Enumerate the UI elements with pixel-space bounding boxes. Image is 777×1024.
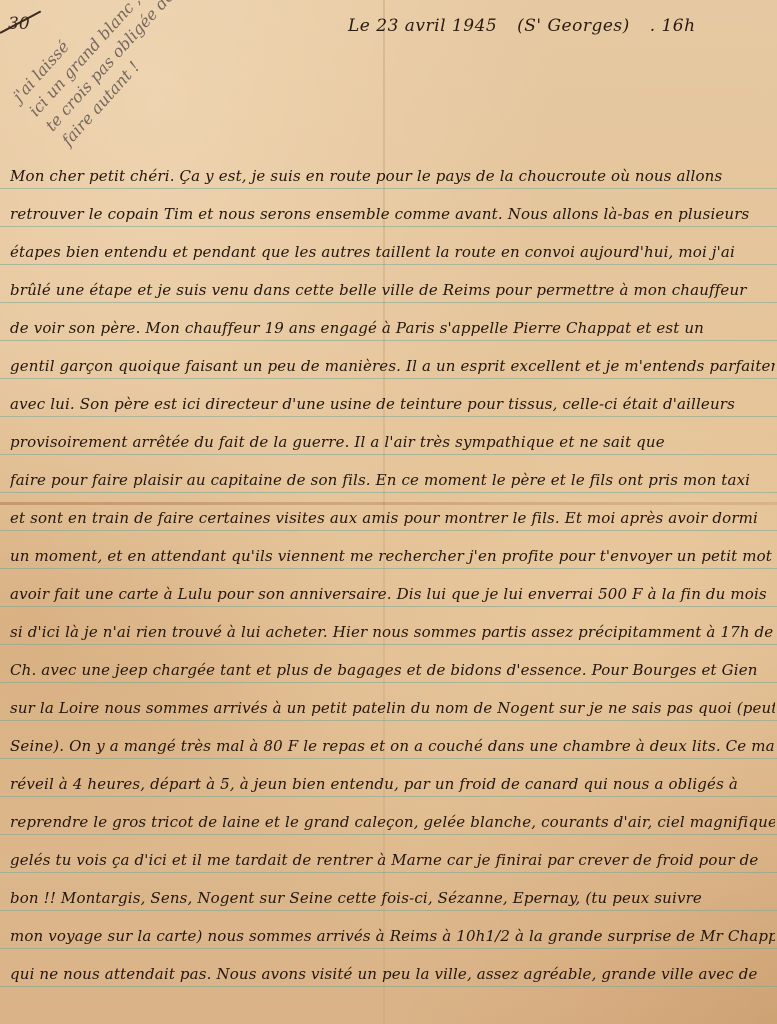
ruled-line xyxy=(0,644,777,645)
ruled-line xyxy=(0,454,777,455)
ruled-line xyxy=(0,378,777,379)
ruled-line xyxy=(0,492,777,493)
ruled-line xyxy=(0,720,777,721)
horizontal-fold-crease xyxy=(0,502,777,505)
letter-date: Le 23 avril 1945 xyxy=(348,16,497,36)
body-line: gelés tu vois ça d'ici et il me tardait … xyxy=(10,851,775,869)
body-line: réveil à 4 heures, départ à 5, à jeun bi… xyxy=(10,775,775,793)
body-line: et sont en train de faire certaines visi… xyxy=(10,509,775,527)
ruled-line xyxy=(0,682,777,683)
ruled-line xyxy=(0,606,777,607)
ruled-line xyxy=(0,416,777,417)
body-line: reprendre le gros tricot de laine et le … xyxy=(10,813,775,831)
body-line: provisoirement arrêtée du fait de la gue… xyxy=(10,433,775,451)
ruled-line xyxy=(0,568,777,569)
ruled-line xyxy=(0,872,777,873)
ruled-line xyxy=(0,340,777,341)
ruled-line xyxy=(0,834,777,835)
ruled-line xyxy=(0,226,777,227)
ruled-line xyxy=(0,796,777,797)
body-line: gentil garçon quoique faisant un peu de … xyxy=(10,357,775,375)
letter-dateline: Le 23 avril 1945 (S' Georges) . 16h xyxy=(348,16,710,36)
ruled-line xyxy=(0,910,777,911)
ruled-line xyxy=(0,188,777,189)
body-line: mon voyage sur la carte) nous sommes arr… xyxy=(10,927,775,945)
body-line: un moment, et en attendant qu'ils vienne… xyxy=(10,547,775,565)
body-line: avoir fait une carte à Lulu pour son ann… xyxy=(10,585,775,603)
body-line: Mon cher petit chéri. Ça y est, je suis … xyxy=(10,167,775,185)
body-line: Ch. avec une jeep chargée tant et plus d… xyxy=(10,661,775,679)
letter-time: . 16h xyxy=(650,16,696,36)
pencil-margin-note: j'ai laissé ici un grand blanc ; ne te c… xyxy=(8,0,196,151)
ruled-line xyxy=(0,264,777,265)
ruled-line xyxy=(0,948,777,949)
ruled-line xyxy=(0,758,777,759)
ruled-line xyxy=(0,986,777,987)
body-line: étapes bien entendu et pendant que les a… xyxy=(10,243,775,261)
body-line: Seine). On y a mangé très mal à 80 F le … xyxy=(10,737,775,755)
body-line: bon !! Montargis, Sens, Nogent sur Seine… xyxy=(10,889,775,907)
body-line: si d'ici là je n'ai rien trouvé à lui ac… xyxy=(10,623,775,641)
ruled-line xyxy=(0,302,777,303)
body-line: retrouver le copain Tim et nous serons e… xyxy=(10,205,775,223)
body-line: brûlé une étape et je suis venu dans cet… xyxy=(10,281,775,299)
ruled-line xyxy=(0,530,777,531)
body-line: qui ne nous attendait pas. Nous avons vi… xyxy=(10,965,775,983)
letter-page: 30 j'ai laissé ici un grand blanc ; ne t… xyxy=(0,0,777,1024)
body-line: avec lui. Son père est ici directeur d'u… xyxy=(10,395,775,413)
body-line: sur la Loire nous sommes arrivés à un pe… xyxy=(10,699,775,717)
letter-place: (S' Georges) xyxy=(517,16,630,36)
body-line: de voir son père. Mon chauffeur 19 ans e… xyxy=(10,319,775,337)
body-line: faire pour faire plaisir au capitaine de… xyxy=(10,471,775,489)
